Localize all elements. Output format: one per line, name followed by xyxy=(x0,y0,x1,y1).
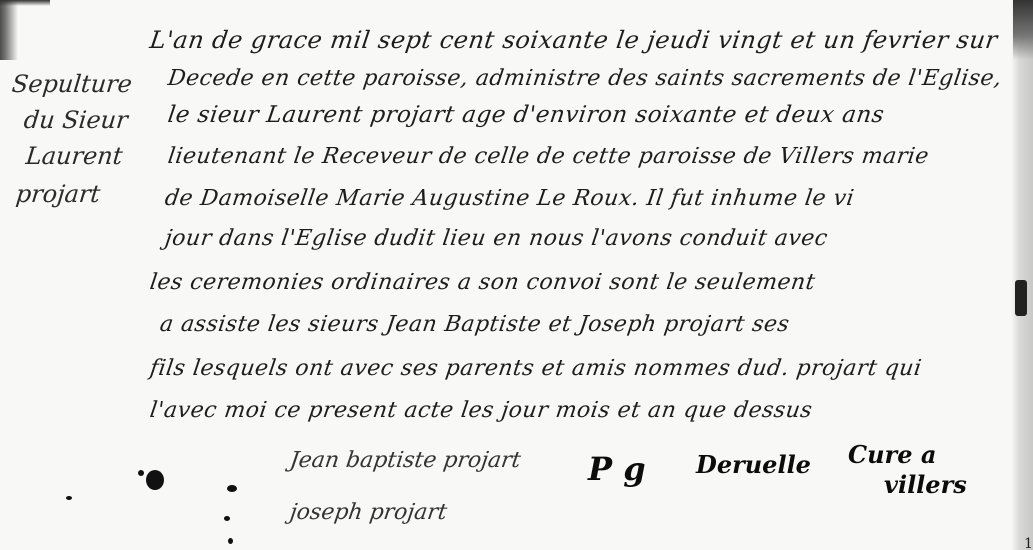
body-line: L'an de grace mil sept cent soixante le … xyxy=(148,26,999,54)
body-line: l'avec moi ce present acte les jour mois… xyxy=(148,398,814,423)
scanned-register-page: Sepulture du Sieur Laurent projart L'an … xyxy=(0,0,1033,550)
cure-signature-name: Deruelle xyxy=(696,450,811,479)
scan-edge-shadow-top xyxy=(0,0,50,6)
body-line: a assiste les sieurs Jean Baptiste et Jo… xyxy=(158,312,791,337)
ink-blot xyxy=(146,470,164,490)
scan-edge-right xyxy=(1011,0,1033,550)
body-line: jour dans l'Eglise dudit lieu en nous l'… xyxy=(163,226,829,251)
margin-line: projart xyxy=(15,180,102,208)
signature-jean-baptiste-projart: Jean baptiste projart xyxy=(288,448,522,473)
margin-line: Sepulture xyxy=(11,70,134,98)
body-line: fils lesquels ont avec ses parents et am… xyxy=(148,356,923,381)
ink-blot xyxy=(228,538,233,544)
body-line: lieutenant le Receveur de celle de cette… xyxy=(166,144,930,169)
ink-blot xyxy=(66,496,72,500)
margin-line: Laurent xyxy=(25,142,124,170)
ink-blot xyxy=(138,470,144,476)
cure-title-line2: villers xyxy=(884,470,967,499)
ink-blot xyxy=(224,516,230,521)
signature-joseph-projart: joseph projart xyxy=(288,500,448,525)
scan-edge-shadow xyxy=(0,0,18,60)
ink-blot xyxy=(227,485,237,492)
body-line: les ceremonies ordinaires a son convoi s… xyxy=(148,270,817,295)
cure-title-line1: Cure a xyxy=(848,440,936,469)
scan-edge-right-dark xyxy=(1013,0,1033,60)
page-number: 1 xyxy=(1024,536,1033,550)
margin-line: du Sieur xyxy=(23,106,130,134)
cure-initials: P g xyxy=(588,450,646,488)
body-line: de Damoiselle Marie Augustine Le Roux. I… xyxy=(163,186,856,211)
ink-blot-right-edge xyxy=(1015,280,1027,316)
body-line: Decede en cette paroisse, administre des… xyxy=(166,66,1003,91)
body-line: le sieur Laurent projart age d'environ s… xyxy=(166,102,886,128)
